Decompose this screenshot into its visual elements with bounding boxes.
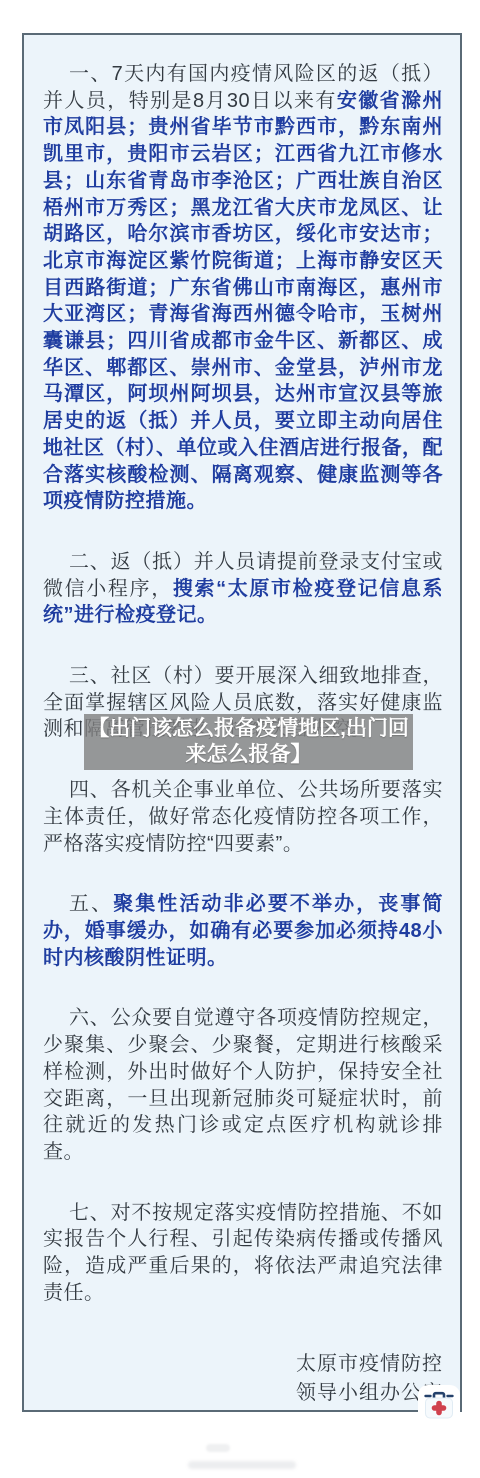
paragraph-7: 七、对不按规定落实疫情防控措施、不如实报告个人行程、引起传染病传播或传播风险，造… — [43, 1200, 443, 1307]
medical-kit-icon-glyph — [421, 1387, 457, 1421]
paragraph-4: 四、各机关企事业单位、公共场所要落实主体责任，做好常态化疫情防控各项工作，严格落… — [43, 777, 443, 857]
paragraph-1-highlight-text: 安徽省滁州市凤阳县；贵州省毕节市黔西市，黔东南州凯里市，贵阳市云岩区；江西省九江… — [43, 90, 443, 513]
paragraph-6-normal-text: 六、公众要自觉遵守各项疫情防控规定，少聚集、少聚会、少聚餐，定期进行核酸采样检测… — [43, 1007, 443, 1163]
signature-line-2: 领导小组办公室 — [43, 1379, 443, 1408]
paragraph-7-normal-text: 七、对不按规定落实疫情防控措施、不如实报告个人行程、引起传染病传播或传播风险，造… — [43, 1202, 443, 1304]
watermark-smudge — [188, 1461, 296, 1469]
paragraph-6: 六、公众要自觉遵守各项疫情防控规定，少聚集、少聚会、少聚餐，定期进行核酸采样检测… — [43, 1005, 443, 1165]
paragraph-5: 五、聚集性活动非必要不举办，丧事简办，婚事缓办，如确有必要参加必须持48小时内核… — [43, 891, 443, 971]
paragraph-4-normal-text: 四、各机关企事业单位、公共场所要落实主体责任，做好常态化疫情防控各项工作，严格落… — [43, 779, 443, 854]
signature-date: 2022年9月7日 — [43, 1408, 443, 1412]
medical-kit-icon — [418, 1385, 460, 1423]
watermark-smudge — [206, 1444, 230, 1452]
paragraph-2: 二、返（抵）并人员请提前登录支付宝或微信小程序，搜索“太原市检疫登记信息系统”进… — [43, 549, 443, 629]
paragraph-5-normal-text: 五、 — [69, 893, 113, 915]
signature-block: 太原市疫情防控 领导小组办公室 2022年9月7日 — [43, 1350, 443, 1412]
paragraph-1: 一、7天内有国内疫情风险区的返（抵）并人员，特别是8月30日以来有安徽省滁州市凤… — [43, 61, 443, 515]
caption-overlay: 【出门该怎么报备疫情地区,出门回来怎么报备】 — [84, 714, 413, 770]
caption-overlay-text: 【出门该怎么报备疫情地区,出门回来怎么报备】 — [88, 717, 409, 766]
signature-line-1: 太原市疫情防控 — [43, 1350, 443, 1379]
